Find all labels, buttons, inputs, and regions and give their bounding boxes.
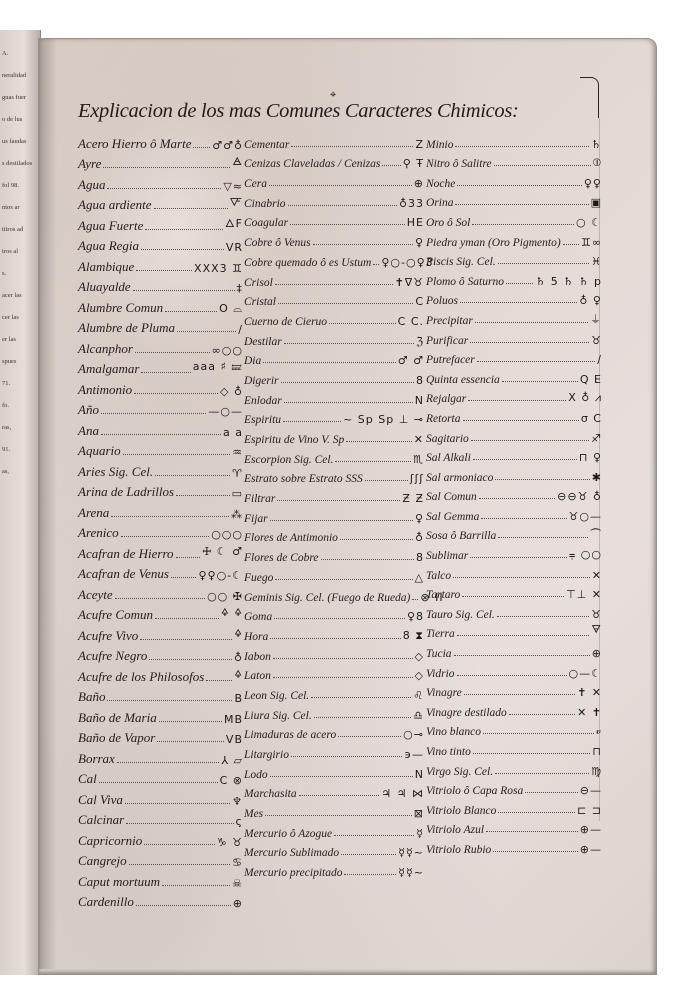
dotted-leader [455,146,589,147]
alchemical-symbol-icon: ♆ [232,795,243,808]
table-row: Alumbre de Pluma∕ [78,316,243,337]
alchemical-symbol-icon: VR [226,241,243,254]
entry-term: Vino blanco [426,726,481,738]
entry-term: Cobre ô Venus [244,237,311,249]
dotted-leader [136,905,231,906]
column-1: Acero Hierro ô Marte♂♂♁Ayre🜁Agua▽≈Agua a… [78,131,243,910]
dotted-leader [495,773,589,774]
alchemical-symbol-icon: ⊠ [414,807,424,820]
dotted-leader [206,680,232,681]
alchemical-symbol-icon: ♏ [413,453,424,466]
entry-term: Cuerno de Cieruo [244,316,327,328]
entry-term: Mes [244,808,263,820]
alchemical-symbol-icon: N [415,768,424,781]
entry-term: Tartaro [426,589,460,601]
entry-term: Plomo ô Saturno [426,276,504,288]
dotted-leader [145,229,223,230]
entry-term: Aquario [78,443,121,459]
dotted-leader [141,249,224,250]
table-row: Cinabrio♁33 [244,190,424,210]
table-row: Liura Sig. Cel.♎ [244,702,424,722]
table-row: Aceyte○○ ✠ [78,582,243,603]
dotted-leader [126,823,233,824]
entry-term: Acafran de Venus [78,566,169,582]
dotted-leader [136,270,192,271]
dotted-leader [509,714,575,715]
facing-page-text-fragment: fo. [2,402,9,409]
table-row: Sal Comun⊖⊖♉ ♁ [426,484,602,504]
alchemical-symbol-icon: ♒ [232,446,243,459]
table-row: Sal Gemma♉○— [426,503,602,523]
entry-term: Flores de Antimonio [244,532,338,544]
dotted-leader [483,733,594,734]
alchemical-symbol-icon: ✝∇♉ [395,276,424,289]
facing-page-text-fragment: cer las [2,314,19,321]
dotted-leader [103,167,230,168]
dotted-leader [475,322,588,323]
dotted-leader [107,700,232,701]
table-row: Cal Viva♆ [78,787,243,808]
dotted-leader [321,559,414,560]
table-row: Aluayalde‡ [78,275,243,296]
dotted-leader [273,677,413,678]
dotted-leader [454,655,590,656]
facing-page-text-fragment: 71. [2,380,10,387]
entry-term: Espiritu de Vino V. Sp [244,434,344,446]
table-row: Virgo Sig. Cel.♍ [426,758,602,778]
entry-term: Alumbre de Pluma [78,320,175,336]
entry-term: Quinta essencia [426,374,500,386]
entry-term: Laton [244,670,271,682]
table-row: FiltrarƵ Ƶ [244,485,424,505]
dotted-leader [265,815,412,816]
dotted-leader [117,762,219,763]
dotted-leader [155,475,230,476]
entry-term: Orina [426,197,453,209]
entry-term: Aluayalde [78,279,131,295]
dotted-leader [101,434,221,435]
entry-term: Acero Hierro ô Marte [78,136,191,152]
alchemical-symbol-icon: ♓ [591,255,602,268]
facing-page-text-fragment: titros ad [2,226,23,233]
table-row: Plomo ô Saturno♄ 5 ♄ ♄ p [426,268,602,288]
alchemical-symbol-icon: ☿☿~ [398,866,424,879]
column-2: CementarZCenizas Claveladas / Cenizas⚲ Ŧ… [244,131,424,879]
alchemical-symbol-icon: ✕ ✝ [577,706,602,719]
dotted-leader [165,311,217,312]
table-row: Vitriolo ô Capa Rosa⊖— [426,778,602,798]
entry-term: Cobre quemado ô es Ustum [244,257,371,269]
alchemical-symbol-icon: ♐ [591,432,602,445]
entry-term: Vitriolo Rubio [426,844,491,856]
table-row: Aries Sig. Cel.♈ [78,459,243,480]
dotted-leader [468,400,566,401]
dotted-leader [457,185,581,186]
dotted-leader [493,851,578,852]
table-row: Vidrio○—☾ [426,660,602,680]
alchemical-symbol-icon: ♈ [232,467,243,480]
table-row: Flores de Cobre8 [244,544,424,564]
table-row: Alcanphor∞○○ [78,336,243,357]
dotted-leader [171,577,196,578]
entry-term: Acafran de Hierro [78,546,174,562]
alchemical-symbol-icon: Z [415,138,424,151]
entry-term: Destilar [244,336,282,348]
entry-term: Escorpion Sig. Cel. [244,454,333,466]
table-row: Alumbre ComunO ⌓ [78,295,243,316]
table-row: Agua ardiente🜅 [78,193,243,214]
table-row: Destilarℨ [244,328,424,348]
table-row: Vitriolo Rubio⊕— [426,836,602,856]
dotted-leader [455,204,588,205]
alchemical-symbol-icon: MB [224,713,243,726]
table-row: Talco✕ [426,562,602,582]
dotted-leader [299,795,380,796]
dotted-leader [278,303,413,304]
table-row: Escorpion Sig. Cel.♏ [244,446,424,466]
dotted-leader [311,697,411,698]
entry-term: Ana [78,423,99,439]
entry-term: Sal Comun [426,491,477,503]
entry-term: Flores de Cobre [244,552,319,564]
entry-term: Sal armoniaco [426,472,493,484]
alchemical-symbol-icon: N [415,394,424,407]
table-row: Tierra🜃 [426,621,602,641]
entry-term: Vitriolo Blanco [426,805,496,817]
entry-term: Arina de Ladrillos [78,484,174,500]
table-row: Vinagre✝ ✕ [426,680,602,700]
alchemical-symbol-icon: ⊕ [414,177,424,190]
dotted-leader [453,577,590,578]
table-row: Mercurio ô Azogue☿ [244,820,424,840]
entry-term: Mercurio ô Azogue [244,828,332,840]
entry-term: Año [78,402,99,418]
table-row: Iabon◇ [244,643,424,663]
table-row: Sagitario♐ [426,425,602,445]
table-row: Capricornio♑ ♉ [78,828,243,849]
alchemical-symbol-icon: σ C [581,412,602,425]
entry-term: Mercurio precipitado [244,867,342,879]
alchemical-symbol-icon: ♀♀ [584,177,602,190]
entry-term: Arenico [78,525,119,541]
table-row: Borrax⅄ ⏥ [78,746,243,767]
alchemical-symbol-icon: C C. [398,315,424,328]
table-row: Mercurio precipitado☿☿~ [244,859,424,879]
facing-page-text-fragment: 91. [2,446,10,453]
dotted-leader [412,599,418,600]
entry-term: Capricornio [78,833,142,849]
alchemical-symbol-icon: ‡ [237,282,244,295]
facing-page-text-fragment: us faudas [2,138,26,145]
dotted-leader [270,520,413,521]
dotted-leader [157,741,224,742]
alchemical-symbol-icon: Q E [580,373,602,386]
entry-term: Arena [78,505,109,521]
dotted-leader [382,165,400,166]
table-row: Flores de Antimonio♁ [244,525,424,545]
entry-term: Baño de Vapor [78,730,155,746]
alchemical-symbol-icon: O ⌓ [219,302,243,316]
alchemical-symbol-icon: ♀8 [407,610,424,623]
alchemical-symbol-icon: ⚲ Ŧ [403,157,424,170]
dotted-leader [473,753,591,754]
table-row: Antimonio◇ ♁ [78,377,243,398]
table-row: Fuego△ [244,564,424,584]
table-row: Espiritu de Vino V. Sp✕ [244,426,424,446]
table-row: Cobre quemado ô es Ustum♀○-○♀3 [244,249,424,269]
dotted-leader [107,188,221,189]
dotted-leader [155,618,219,619]
table-row: Poluos♁ ♀ [426,288,602,308]
entry-term: Aries Sig. Cel. [78,464,153,480]
dotted-leader [470,342,589,343]
alchemical-symbol-icon: B [234,692,243,705]
alchemical-symbol-icon: ϶— [404,748,424,761]
table-row: Cardenillo⊕ [78,890,243,911]
entry-term: Fuego [244,572,273,584]
column-3: Minio♄Nitro ô Salitre⦶Noche♀♀Orina▣Oro ô… [426,131,602,856]
table-row: Nitro ô Salitre⦶ [426,151,602,171]
alchemical-symbol-icon: 𝓋 [596,724,602,738]
entry-term: Sal Gemma [426,511,479,523]
table-row: Baño de MariaMB [78,705,243,726]
alchemical-symbol-icon: ○⊸ [403,728,424,741]
alchemical-symbol-icon: C ⊗ [220,774,243,787]
alchemical-symbol-icon: 🜅 [230,191,243,213]
table-row: Geminis Sig. Cel. (Fuego de Rueda)⊗ II [244,584,424,604]
dotted-leader [525,792,578,793]
dotted-leader [464,694,575,695]
entry-term: Rejalgar [426,393,466,405]
table-row: Purificar♉ [426,327,602,347]
entry-term: Espiritu [244,414,281,426]
table-row: Limaduras de acero○⊸ [244,722,424,742]
table-row: Sal armoniaco✱ [426,464,602,484]
entry-term: Cristal [244,296,276,308]
alchemical-symbol-icon: △ [415,571,424,584]
alchemical-symbol-icon: ~ Sp Sp ⊥ ⊸ [343,413,424,426]
entry-term: Virgo Sig. Cel. [426,766,493,778]
facing-page-text-fragment: A. [2,50,8,57]
table-row: Digerir8 [244,367,424,387]
dotted-leader [471,440,589,441]
alchemical-symbol-icon: ◇ [415,650,424,663]
alchemical-symbol-icon: ♉ [591,334,602,347]
dotted-leader [273,658,413,659]
alchemical-symbol-icon: aaa ♯ 🝛 [193,355,243,377]
table-row: AlambiqueXXX3 ♊ [78,254,243,275]
alchemical-symbol-icon: ✕ [414,433,424,446]
table-row: Retortaσ C [426,405,602,425]
table-row: Putrefacer∕ [426,347,602,367]
entry-term: Sal Alkali [426,452,471,464]
dotted-leader [125,803,230,804]
dotted-leader [176,495,230,496]
dotted-leader [176,557,201,558]
table-row: Piscis Sig. Cel.♓ [426,249,602,269]
entry-term: Sagitario [426,433,469,445]
entry-term: Cangrejo [78,853,127,869]
alchemical-symbol-icon: ∕ [238,323,243,336]
table-row: Sosa ô Barrilla⏜ [426,523,602,543]
facing-page-text-fragment: neralidad [2,72,26,79]
dotted-leader [341,854,396,855]
table-row: Mes⊠ [244,800,424,820]
dotted-leader [463,420,579,421]
dotted-leader [460,302,577,303]
entry-term: Ayre [78,156,101,172]
dotted-leader [121,536,210,537]
dotted-leader [288,205,397,206]
table-row: Orina▣ [426,190,602,210]
alchemical-symbol-icon: ℨ [416,335,424,348]
alchemical-symbol-icon: VB [226,733,243,746]
entry-term: Poluos [426,295,458,307]
table-row: Arenico○○○ [78,521,243,542]
dotted-leader [346,441,412,442]
facing-page-text-fragment: acer las [2,292,22,299]
dotted-leader [457,635,590,636]
table-row: Acero Hierro ô Marte♂♂♁ [78,131,243,152]
entry-term: Cardenillo [78,894,134,910]
table-row: CalC ⊗ [78,767,243,788]
alchemical-symbol-icon: 🜍 🜍 [221,601,243,623]
table-row: Acafran de Venus♀♀○-☾ [78,562,243,583]
dotted-leader [563,244,579,245]
alchemical-symbol-icon: 8 ⧗ [403,629,424,643]
alchemical-symbol-icon: HE [407,216,424,229]
table-row: Sal Alkali⊓ ♀ [426,445,602,465]
dotted-leader [274,618,405,619]
table-row: Mercurio Sublimado☿☿~ [244,840,424,860]
alchemical-symbol-icon: ☿☿~ [398,846,424,859]
dotted-leader [135,352,210,353]
table-row: Tucia⊕ [426,640,602,660]
facing-page-text-fragment: fol 98. [2,182,19,189]
entry-term: Goma [244,611,272,623]
entry-term: Calcinar [78,812,124,828]
dotted-leader [340,539,413,540]
entry-term: Antimonio [78,382,132,398]
table-row: Año—○— [78,398,243,419]
alchemical-symbol-icon: ◇ ♁ [220,385,243,398]
table-row: Agua Fuerte🜂F [78,213,243,234]
alchemical-symbol-icon: ▣ [591,196,602,209]
dotted-leader [177,331,236,332]
alchemical-symbol-icon: ♁ ♀ [579,294,602,307]
entry-term: Liura Sig. Cel. [244,710,312,722]
table-row: Tauro Sig. Cel.♉ [426,601,602,621]
entry-term: Cal Viva [78,792,123,808]
alchemical-symbol-icon: ♋ [232,856,243,869]
alchemical-symbol-icon: ○ ☾ [576,216,602,229]
alchemical-symbol-icon: 🜍 [234,663,243,685]
dotted-leader [344,874,396,875]
dotted-leader [269,185,412,186]
entry-term: Acufre Comun [78,607,153,623]
table-row: Tartaro⊤⊥ ✕ [426,582,602,602]
dotted-leader [494,165,591,166]
table-row: Cera⊕ [244,170,424,190]
entry-term: Alambique [78,259,134,275]
entry-term: Noche [426,178,455,190]
entry-term: Piedra yman (Oro Pigmento) [426,237,561,249]
alchemical-symbol-icon: ◇ [415,669,424,682]
alchemical-symbol-icon: ♁ [415,531,424,544]
alchemical-symbol-icon: 🜍 [234,622,243,644]
alchemical-symbol-icon: ς [236,815,243,828]
entry-term: Vinagre [426,687,462,699]
dotted-leader [373,264,379,265]
table-row: CristalC [244,289,424,309]
alchemical-symbol-icon: 8 [416,551,424,564]
alchemical-symbol-icon: ⊤⊥ ✕ [566,588,602,601]
dotted-leader [457,675,567,676]
dotted-leader [159,721,222,722]
alchemical-symbol-icon: ♉○— [569,510,602,523]
dotted-leader [329,323,396,324]
entry-term: Litargirio [244,749,289,761]
dotted-leader [479,498,555,499]
alchemical-symbol-icon: ♊∞ [581,236,602,249]
entry-term: Agua [78,177,105,193]
alchemical-symbol-icon: —○— [208,405,243,418]
table-row: Dia♂ ♂ [244,348,424,368]
alchemical-symbol-icon: C [415,295,424,308]
alchemical-symbol-icon: ⊓ [592,745,602,758]
entry-term: Aceyte [78,587,113,603]
alchemical-symbol-icon: ▭ [232,487,243,500]
facing-page-text-fragment: o de lus [2,116,22,123]
alchemical-symbol-icon: ♀ [415,512,424,525]
dotted-leader [144,844,214,845]
alchemical-symbol-icon: ♑ ♉ [217,836,243,849]
table-row: Marchasita♃ ♃ ⋈ [244,781,424,801]
dotted-leader [101,413,206,414]
facing-page-text-fragment: s. [2,270,6,277]
alchemical-symbol-icon: ♀ [415,236,424,249]
alchemical-symbol-icon: 🜁 [232,150,243,172]
alchemical-symbol-icon: ♀♀○-☾ [198,569,243,582]
dotted-leader [291,756,402,757]
facing-page-text-fragment: guas fuer [2,94,26,101]
dotted-leader [162,885,230,886]
dotted-leader [290,224,405,225]
dotted-leader [284,343,415,344]
entry-term: Borrax [78,751,115,767]
table-row: Calcinarς [78,808,243,829]
dotted-leader [281,382,415,383]
entry-term: Sublimar [426,550,468,562]
table-row: Cobre ô Venus♀ [244,229,424,249]
table-row: Arena⁂ [78,500,243,521]
alchemical-symbol-icon: ⁂ [231,508,243,521]
table-row: Precipitar⏚ [426,307,602,327]
table-row: Acufre Comun🜍 🜍 [78,603,243,624]
dotted-leader [115,598,205,599]
table-row: Quinta essenciaQ E [426,366,602,386]
entry-term: Fijar [244,513,268,525]
table-row: LodoN [244,761,424,781]
table-row: Amalgamaraaa ♯ 🝛 [78,357,243,378]
entry-term: Crisol [244,277,273,289]
alchemical-symbol-icon: ♍ [591,765,602,778]
table-row: Baño de VaporVB [78,726,243,747]
entry-term: Vitriolo Azul [426,824,484,836]
alchemical-symbol-icon: 🜊 ☾ ♂ [202,540,243,562]
entry-term: Enlodar [244,395,282,407]
alchemical-symbol-icon: ⊕ [233,897,243,910]
